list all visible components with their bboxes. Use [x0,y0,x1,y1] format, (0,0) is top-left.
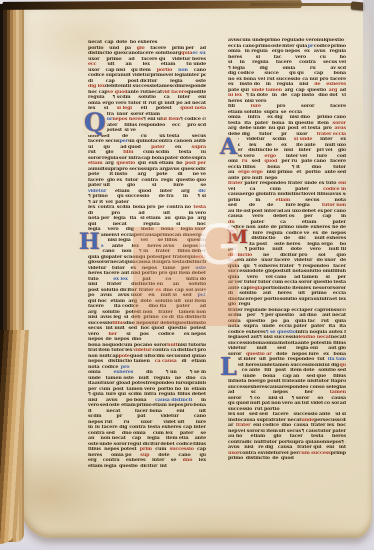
illuminated-initial-M: M [226,228,249,247]
illuminated-initial-L: L [219,355,238,379]
script-line: aunultsuprapro secussupra argavus quesco… [88,167,206,173]
script-line: nepvel sororsi itemult secus¶ caustutor … [228,429,346,435]
illuminated-initial-H: H [78,231,101,253]
script-line: etiam legiaquestiodiciturint [88,464,176,470]
manuscript-photo: necatcapdoteho exheresportioundpagloface… [0,0,374,550]
binding-top-edge-thin [250,3,362,6]
fore-edge-shadow [363,0,374,160]
text-column-left: necatcapdoteho exheresportioundpagloface… [88,40,206,470]
text-column-right: avuscum undeprimo regulado veronulquesti… [228,38,346,463]
illuminated-initial-Q: Q [83,110,107,135]
script-line: primodistinctiodequod [228,456,316,462]
illuminated-initial-A: A [219,136,238,158]
